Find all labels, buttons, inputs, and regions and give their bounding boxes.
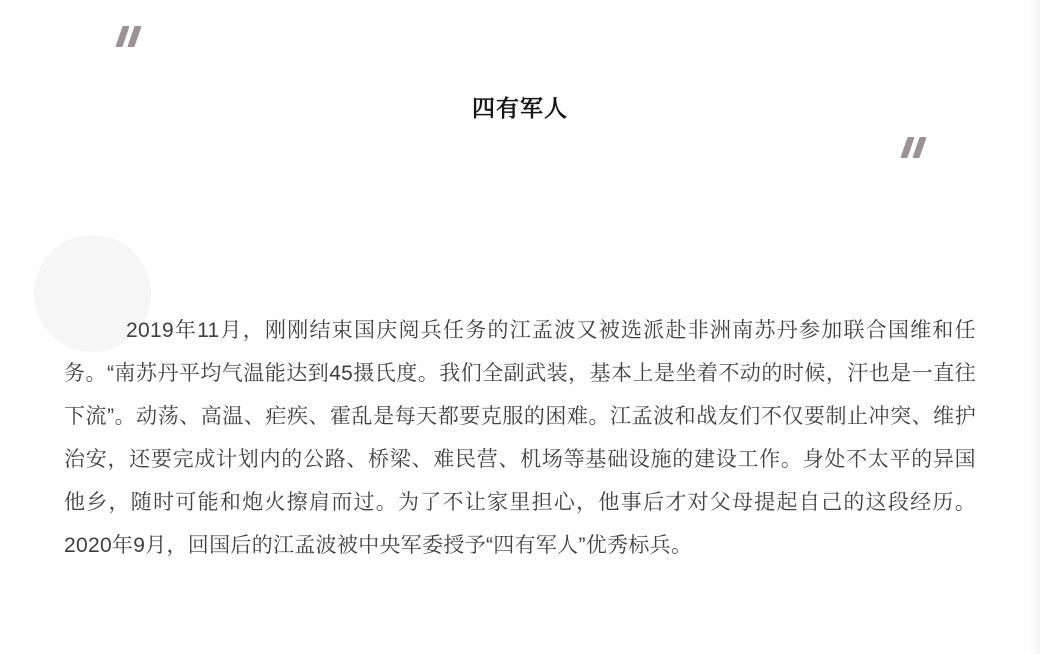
page-title: 四有军人 [0,90,1040,123]
close-quote-icon [904,137,923,158]
article-page: 四有军人 2019年11月，刚刚结束国庆阅兵任务的江孟波又被选派赴非洲南苏丹参加… [0,0,1040,654]
quote-bar [127,26,141,47]
open-quote-icon [119,26,138,47]
article-paragraph: 2019年11月，刚刚结束国庆阅兵任务的江孟波又被选派赴非洲南苏丹参加联合国维和… [64,309,976,567]
quote-bar [912,137,926,158]
